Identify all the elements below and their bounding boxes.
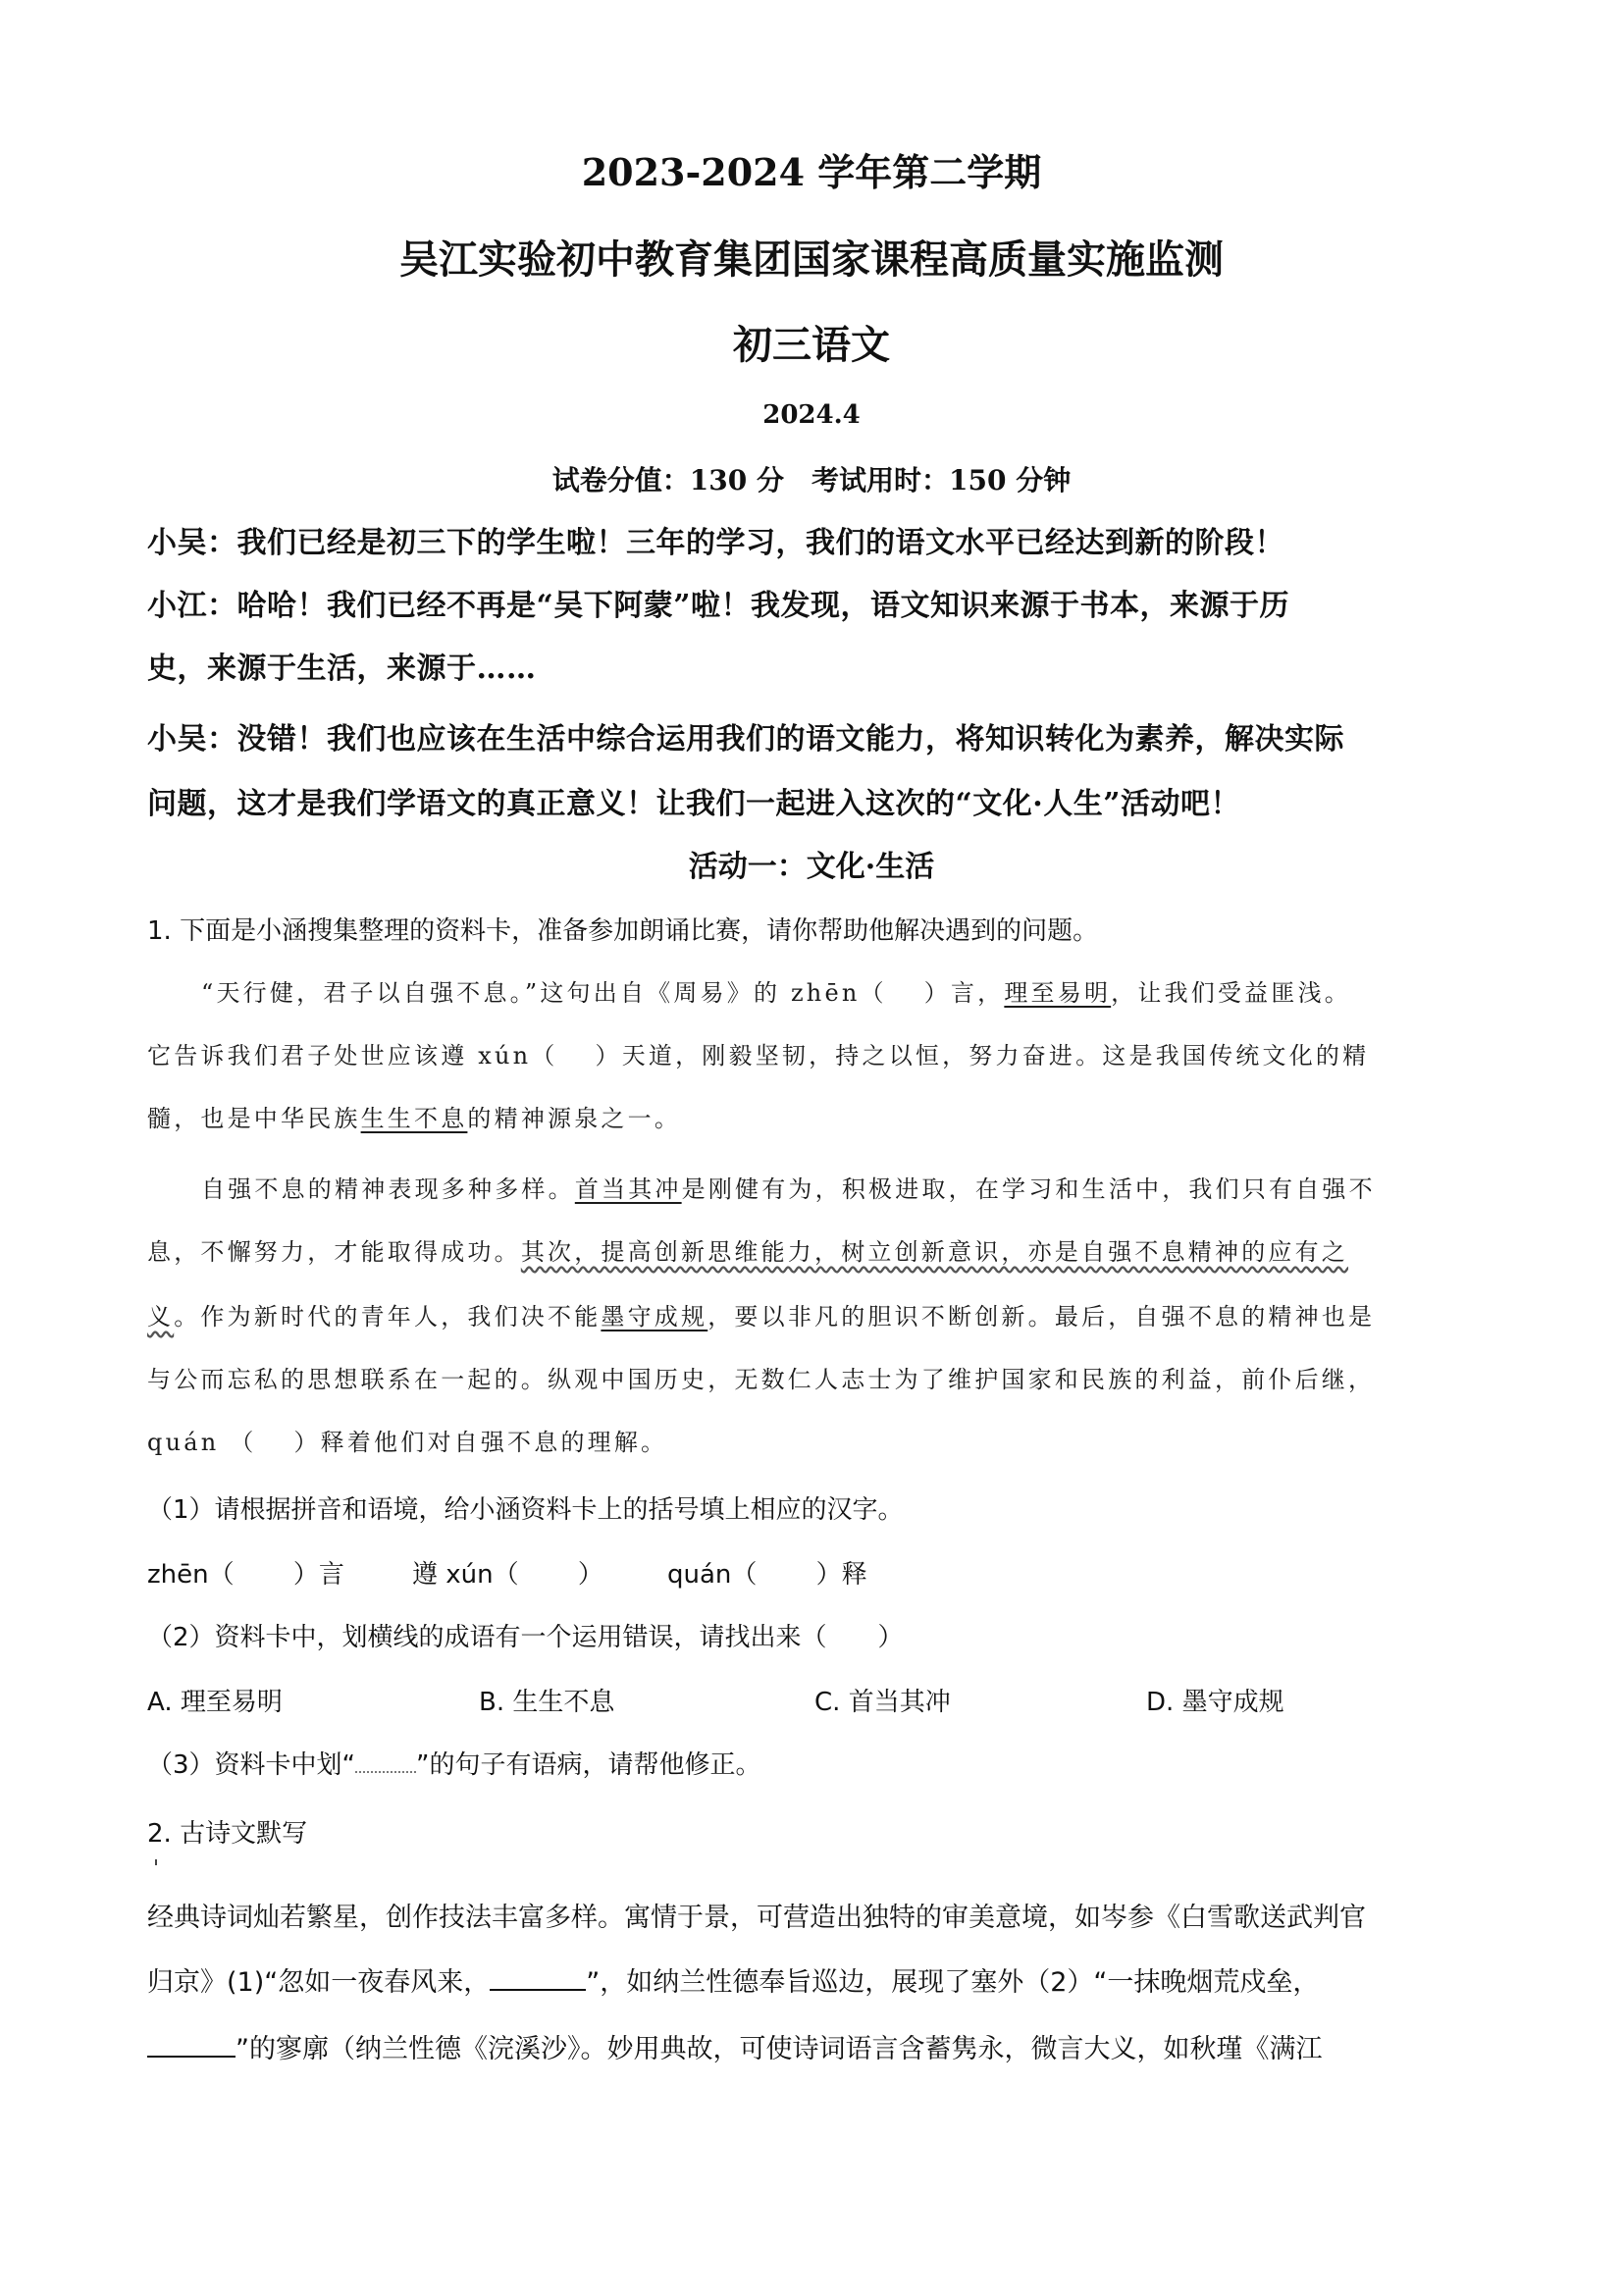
exam-term: 2023-2024 学年第二学期	[0, 142, 1623, 196]
card-line: 义。作为新时代的青年人，我们决不能墨守成规，要以非凡的胆识不断创新。最后，自强不…	[147, 1297, 1375, 1331]
fill-blank-1[interactable]	[490, 1965, 586, 1991]
card-text: 息，不懈努力，才能取得成功。	[147, 1238, 521, 1266]
subquestion-1: （1）请根据拼音和语境，给小涵资料卡上的括号填上相应的汉字。	[147, 1489, 904, 1526]
section-title: 活动一：文化·生活	[0, 842, 1623, 885]
card-text: 是刚健有为，积极进取，在学习和生活中，我们只有自强不	[682, 1175, 1376, 1203]
option-text: 墨守成规	[1182, 1688, 1284, 1717]
option-c[interactable]: C. 首当其冲	[814, 1682, 951, 1718]
exam-page: 2023-2024 学年第二学期 吴江实验初中教育集团国家课程高质量实施监测 初…	[0, 0, 1623, 2296]
option-key: D.	[1146, 1688, 1174, 1717]
card-line: 与公而忘私的思想联系在一起的。纵观中国历史，无数仁人志士为了维护国家和民族的利益…	[147, 1360, 1375, 1394]
underlined-idiom: 墨守成规	[601, 1303, 707, 1331]
card-text: 髓，也是中华民族	[147, 1105, 361, 1132]
subquestion-text: （3）资料卡中划“	[147, 1750, 355, 1780]
subquestion-text: ”的句子有语病，请帮他修正。	[416, 1750, 760, 1780]
option-a[interactable]: A. 理至易明	[147, 1682, 283, 1718]
dialogue-line: 小吴：没错！我们也应该在生活中综合运用我们的语文能力，将知识转化为素养，解决实际	[147, 714, 1344, 757]
card-text: ，要以非凡的胆识不断创新。最后，自强不息的精神也是	[707, 1303, 1375, 1331]
subquestion-3: （3）资料卡中划“”的句子有语病，请帮他修正。	[147, 1745, 761, 1781]
poem-text: ”，如纳兰性德奉旨巡边，展现了塞外（2）“一抹晚烟荒戍垒，	[586, 1967, 1319, 1998]
dialogue-line: 小吴：我们已经是初三下的学生啦！三年的学习，我们的语文水平已经达到新的阶段！	[147, 518, 1284, 561]
poem-text: ”的寥廓（纳兰性德《浣溪沙》。妙用典故，可使诗词语言含蓄隽永，微言大义，如秋瑾《…	[236, 2034, 1323, 2064]
card-line: 它告诉我们君子处世应该遵 xún（ ）天道，刚毅坚韧，持之以恒，努力奋进。这是我…	[147, 1036, 1369, 1070]
dialogue-line: 史，来源于生活，来源于……	[147, 644, 537, 687]
option-text: 生生不息	[512, 1688, 614, 1717]
pinyin-blank[interactable]: zhēn（ ）言	[147, 1554, 344, 1591]
card-line: 髓，也是中华民族生生不息的精神源泉之一。	[147, 1099, 681, 1133]
question-1-stem: 1. 下面是小涵搜集整理的资料卡，准备参加朗诵比赛，请你帮助他解决遇到的问题。	[147, 911, 1098, 947]
option-text: 首当其冲	[849, 1688, 951, 1717]
exam-subject: 初三语文	[0, 314, 1623, 370]
card-text: 自强不息的精神表现多种多样。	[201, 1175, 575, 1203]
dialogue-line: 小江：哈哈！我们已经不再是“吴下阿蒙”啦！我发现，语文知识来源于书本，来源于历	[147, 581, 1289, 624]
stray-mark	[155, 1859, 157, 1865]
exam-meta: 试卷分值：130 分 考试用时：150 分钟	[0, 459, 1623, 498]
wavy-line-marker	[355, 1751, 416, 1773]
dialogue-line: 问题，这才是我们学语文的真正意义！让我们一起进入这次的“文化·人生”活动吧！	[147, 779, 1240, 822]
card-text: 的精神源泉之一。	[467, 1105, 681, 1132]
option-key: A.	[147, 1688, 173, 1717]
card-line: quán （ ）释着他们对自强不息的理解。	[147, 1423, 667, 1457]
card-line: 息，不懈努力，才能取得成功。其次，提高创新思维能力，树立创新意识，亦是自强不息精…	[147, 1232, 1348, 1267]
pinyin-blank[interactable]: quán（ ）释	[667, 1554, 867, 1591]
question-2-stem: 2. 古诗文默写	[147, 1813, 307, 1850]
option-key: B.	[479, 1688, 504, 1717]
underlined-idiom: 理至易明	[1004, 979, 1111, 1007]
poem-text-line: 经典诗词灿若繁星，创作技法丰富多样。寓情于景，可营造出独特的审美意境，如岑参《白…	[147, 1896, 1366, 1934]
subquestion-2: （2）资料卡中，划横线的成语有一个运用错误，请找出来（ ）	[147, 1617, 904, 1653]
card-line: 自强不息的精神表现多种多样。首当其冲是刚健有为，积极进取，在学习和生活中，我们只…	[201, 1170, 1376, 1204]
exam-date: 2024.4	[0, 400, 1623, 430]
option-d[interactable]: D. 墨守成规	[1146, 1682, 1284, 1718]
option-key: C.	[814, 1688, 840, 1717]
poem-text: 归京》(1)“忽如一夜春风来，	[147, 1967, 490, 1998]
card-text: 。作为新时代的青年人，我们决不能	[174, 1303, 601, 1331]
poem-text-line: 归京》(1)“忽如一夜春风来，”，如纳兰性德奉旨巡边，展现了塞外（2）“一抹晚烟…	[147, 1960, 1319, 1999]
card-text: ，让我们受益匪浅。	[1111, 979, 1351, 1007]
card-text: “天行健，君子以自强不息。”这句出自《周易》的 zhēn（ ）言，	[201, 979, 1004, 1007]
poem-text-line: ”的寥廓（纳兰性德《浣溪沙》。妙用典故，可使诗词语言含蓄隽永，微言大义，如秋瑾《…	[147, 2027, 1323, 2065]
fill-blank-2[interactable]	[147, 2032, 236, 2058]
exam-name: 吴江实验初中教育集团国家课程高质量实施监测	[0, 229, 1623, 285]
option-b[interactable]: B. 生生不息	[479, 1682, 614, 1718]
underlined-idiom: 首当其冲	[575, 1175, 682, 1203]
pinyin-blank[interactable]: 遵 xún（ ）	[412, 1554, 603, 1591]
wavy-underlined-sentence: 其次，提高创新思维能力，树立创新意识，亦是自强不息精神的应有之	[521, 1238, 1348, 1266]
underlined-idiom: 生生不息	[361, 1105, 468, 1132]
card-line: “天行健，君子以自强不息。”这句出自《周易》的 zhēn（ ）言，理至易明，让我…	[201, 973, 1351, 1008]
option-text: 理至易明	[181, 1688, 283, 1717]
wavy-underlined-sentence: 义	[147, 1303, 174, 1331]
